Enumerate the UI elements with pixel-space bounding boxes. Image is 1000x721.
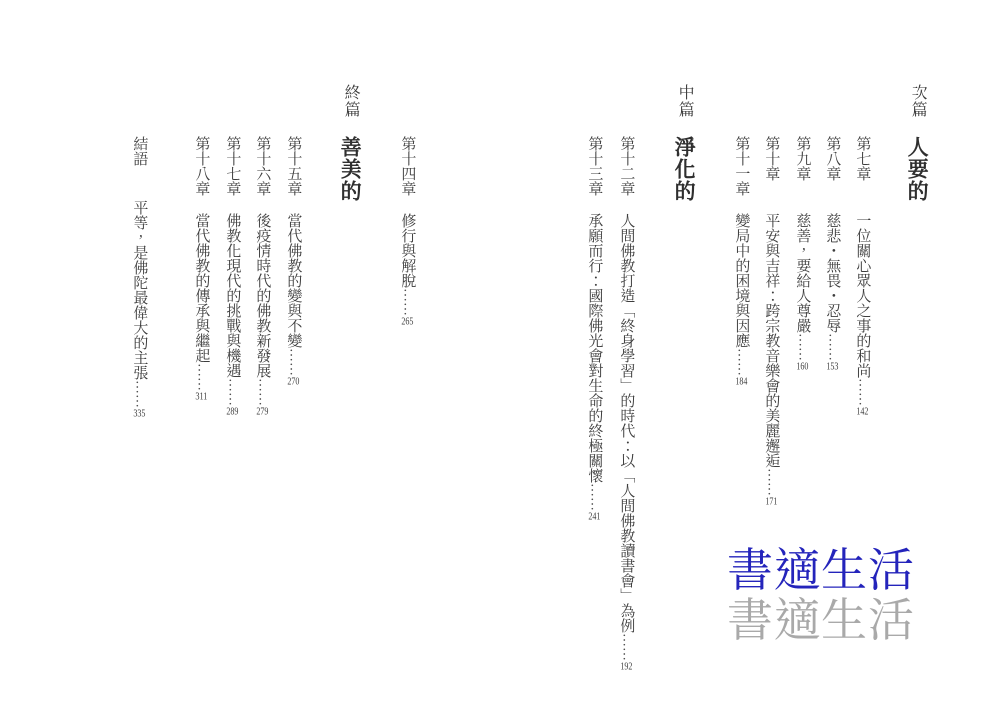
page-number: 160 bbox=[796, 361, 808, 372]
chapter-title: 當代佛教的傳承與繼起 bbox=[193, 213, 209, 363]
toc-entry-ch17: 第十七章佛教化現代的挑戰與機遇……289 bbox=[223, 136, 241, 417]
chapter-title: 慈悲・無畏・忍辱 bbox=[824, 213, 840, 333]
page-number: 279 bbox=[256, 406, 268, 417]
chapter-label: 第八章 bbox=[823, 136, 840, 213]
chapter-label: 第七章 bbox=[853, 136, 870, 213]
epilogue-title: 平等，是佛陀最偉大的主張 bbox=[131, 200, 147, 380]
page-number: 265 bbox=[401, 316, 413, 327]
chapter-label: 第十三章 bbox=[585, 136, 602, 213]
leader-dots: …… bbox=[400, 288, 415, 316]
leader-dots: …… bbox=[255, 378, 270, 406]
page-number: 289 bbox=[226, 406, 238, 417]
part-label: 中篇 bbox=[675, 84, 693, 136]
chapter-title: 承願而行：國際佛光會對生命的終極關懷 bbox=[586, 213, 602, 483]
page-number: 142 bbox=[856, 406, 868, 417]
chapter-title: 人間佛教打造「終身學習」的時代：以「人間佛教讀書會」為例 bbox=[618, 213, 634, 633]
page-number: 184 bbox=[735, 376, 747, 387]
toc-entry-ch13: 第十三章承願而行：國際佛光會對生命的終極關懷……241 bbox=[585, 136, 603, 522]
part-title: 淨化的 bbox=[672, 136, 696, 202]
chapter-label: 第十章 bbox=[762, 136, 779, 213]
part-title: 善美的 bbox=[338, 136, 362, 202]
chapter-label: 第十五章 bbox=[284, 136, 301, 213]
toc-entry-ch11: 第十一章變局中的困境與因應……184 bbox=[732, 136, 750, 387]
chapter-title: 當代佛教的變與不變 bbox=[285, 213, 301, 348]
toc-page: 次篇人要的 第七章一位關心眾人之事的和尚……142 第八章慈悲・無畏・忍辱……1… bbox=[0, 0, 1000, 721]
toc-entry-ch16: 第十六章後疫情時代的佛教新發展……279 bbox=[253, 136, 271, 417]
leader-dots: …… bbox=[619, 633, 634, 661]
leader-dots: …… bbox=[194, 363, 209, 391]
leader-dots: …… bbox=[764, 468, 779, 496]
page-number: 192 bbox=[620, 661, 632, 672]
part-label: 次篇 bbox=[908, 84, 926, 136]
toc-entry-ch18: 第十八章當代佛教的傳承與繼起……311 bbox=[192, 136, 210, 402]
leader-dots: …… bbox=[225, 378, 240, 406]
leader-dots: …… bbox=[855, 378, 870, 406]
watermark-secondary: 書適生活 bbox=[727, 584, 915, 650]
toc-entry-epilogue: 結語平等，是佛陀最偉大的主張……335 bbox=[130, 136, 148, 419]
chapter-title: 修行與解脫 bbox=[399, 213, 415, 288]
toc-entry-ch10: 第十章平安與吉祥：跨宗教音樂會的美麗邂逅……171 bbox=[762, 136, 780, 507]
toc-entry-ch8: 第八章慈悲・無畏・忍辱……153 bbox=[823, 136, 841, 372]
leader-dots: …… bbox=[132, 380, 147, 408]
toc-entry-ch12: 第十二章人間佛教打造「終身學習」的時代：以「人間佛教讀書會」為例……192 bbox=[617, 136, 635, 672]
leader-dots: …… bbox=[795, 333, 810, 361]
chapter-label: 第十六章 bbox=[253, 136, 270, 213]
chapter-label: 第十一章 bbox=[732, 136, 749, 213]
page-number: 270 bbox=[287, 376, 299, 387]
page-number: 241 bbox=[588, 511, 600, 522]
leader-dots: …… bbox=[286, 348, 301, 376]
part-header-3: 中篇淨化的 bbox=[672, 84, 696, 202]
leader-dots: …… bbox=[734, 348, 749, 376]
page-number: 153 bbox=[826, 361, 838, 372]
page-number: 335 bbox=[133, 408, 145, 419]
part-title: 人要的 bbox=[905, 136, 929, 202]
chapter-label: 第十八章 bbox=[192, 136, 209, 213]
chapter-label: 第十七章 bbox=[223, 136, 240, 213]
part-header-4: 終篇善美的 bbox=[338, 84, 362, 202]
chapter-title: 慈善，要給人尊嚴 bbox=[794, 213, 810, 333]
leader-dots: …… bbox=[825, 333, 840, 361]
page-number: 311 bbox=[195, 391, 207, 402]
chapter-title: 一位關心眾人之事的和尚 bbox=[854, 213, 870, 378]
toc-entry-ch14: 第十四章修行與解脫……265 bbox=[398, 136, 416, 327]
chapter-label: 第十二章 bbox=[617, 136, 634, 213]
toc-entry-ch9: 第九章慈善，要給人尊嚴……160 bbox=[793, 136, 811, 372]
chapter-label: 第九章 bbox=[793, 136, 810, 213]
epilogue-label: 結語 bbox=[130, 136, 147, 200]
leader-dots: …… bbox=[587, 483, 602, 511]
chapter-label: 第十四章 bbox=[398, 136, 415, 213]
part-label: 終篇 bbox=[341, 84, 359, 136]
chapter-title: 平安與吉祥：跨宗教音樂會的美麗邂逅 bbox=[763, 213, 779, 468]
part-header-2: 次篇人要的 bbox=[905, 84, 929, 202]
chapter-title: 變局中的困境與因應 bbox=[733, 213, 749, 348]
toc-entry-ch15: 第十五章當代佛教的變與不變……270 bbox=[284, 136, 302, 387]
chapter-title: 後疫情時代的佛教新發展 bbox=[254, 213, 270, 378]
page-number: 171 bbox=[765, 496, 777, 507]
chapter-title: 佛教化現代的挑戰與機遇 bbox=[224, 213, 240, 378]
toc-entry-ch7: 第七章一位關心眾人之事的和尚……142 bbox=[853, 136, 871, 417]
